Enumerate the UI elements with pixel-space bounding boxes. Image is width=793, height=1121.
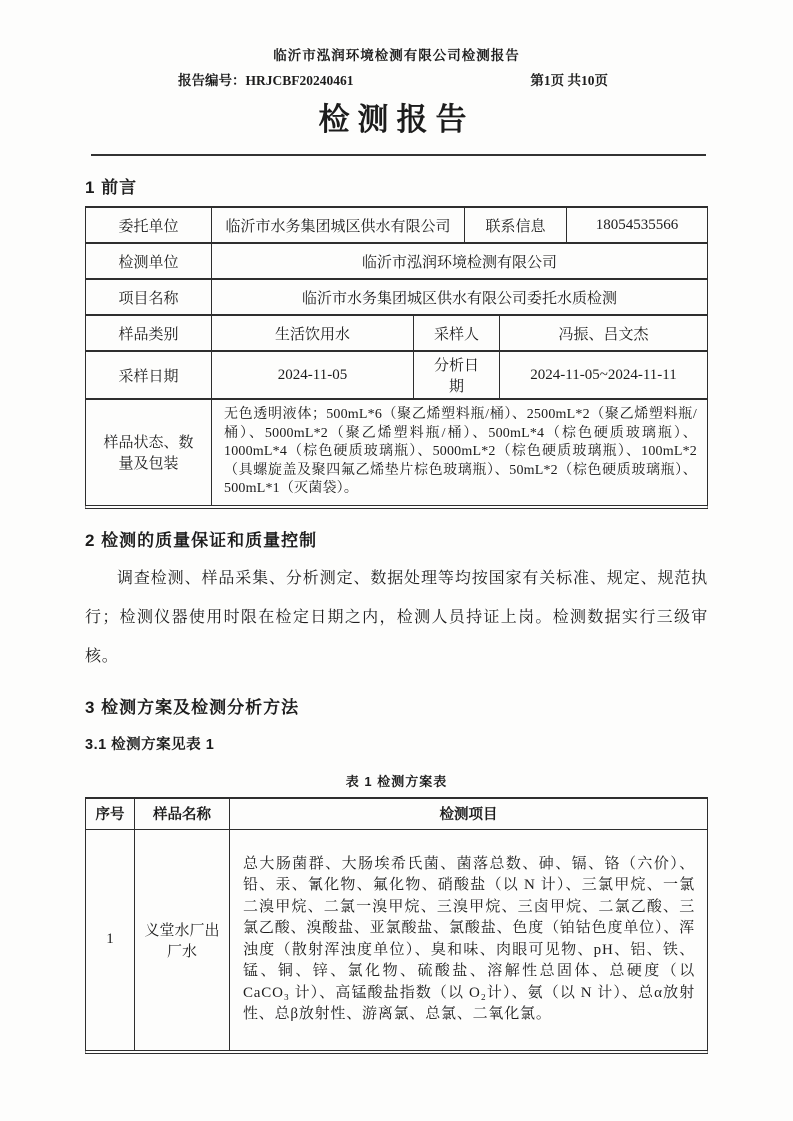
sample-type-value: 生活饮用水 <box>211 316 413 350</box>
report-page: 临沂市泓润环境检测有限公司检测报告 报告编号：HRJCBF20240461 第1… <box>0 0 793 1121</box>
sample-name-value: 义堂水厂出厂水 <box>134 830 229 1050</box>
section-1-heading: 1 前言 <box>85 173 708 198</box>
analysis-date-value: 2024-11-05~2024-11-11 <box>499 352 707 398</box>
qa-paragraph: 调查检测、样品采集、分析测定、数据处理等均按国家有关标准、规定、规范执行；检测仪… <box>85 559 708 676</box>
plan-table-caption: 表 1 检测方案表 <box>85 771 708 790</box>
title-divider <box>91 154 706 156</box>
section-3-1-heading: 3.1 检测方案见表 1 <box>85 733 708 754</box>
testing-org-label: 检测单位 <box>86 244 211 278</box>
table-row: 委托单位 临沂市水务集团城区供水有限公司 联系信息 18054535566 <box>86 208 707 244</box>
document-title: 检测报告 <box>85 94 708 139</box>
table-header-row: 序号 样品名称 检测项目 <box>86 799 707 830</box>
sample-type-label: 样品类别 <box>86 316 211 350</box>
report-meta-row: 报告编号：HRJCBF20240461 第1页 共10页 <box>85 64 708 89</box>
table-row: 采样日期 2024-11-05 分析日期 2024-11-05~2024-11-… <box>86 352 707 400</box>
test-plan-table: 序号 样品名称 检测项目 1 义堂水厂出厂水 总大肠菌群、大肠埃希氏菌、菌落总数… <box>85 797 708 1054</box>
seq-column-header: 序号 <box>86 799 134 829</box>
sample-info-table: 委托单位 临沂市水务集团城区供水有限公司 联系信息 18054535566 检测… <box>85 206 708 509</box>
project-name-value: 临沂市水务集团城区供水有限公司委托水质检测 <box>211 280 707 314</box>
table-row: 项目名称 临沂市水务集团城区供水有限公司委托水质检测 <box>86 280 707 316</box>
contact-value: 18054535566 <box>566 208 707 242</box>
section-3-heading: 3 检测方案及检测分析方法 <box>85 693 708 718</box>
test-items-value: 总大肠菌群、大肠埃希氏菌、菌落总数、砷、镉、铬（六价）、铅、汞、氰化物、氟化物、… <box>229 830 707 1050</box>
running-header: 临沂市泓润环境检测有限公司检测报告 <box>85 44 708 64</box>
table-row: 检测单位 临沂市泓润环境检测有限公司 <box>86 244 707 280</box>
section-2-heading: 2 检测的质量保证和质量控制 <box>85 526 708 551</box>
page-indicator: 第1页 共10页 <box>530 69 608 89</box>
table-row: 样品类别 生活饮用水 采样人 冯振、吕文杰 <box>86 316 707 352</box>
seq-value: 1 <box>86 830 134 1050</box>
sample-name-column-header: 样品名称 <box>134 799 229 829</box>
sample-state-value: 无色透明液体；500mL*6（聚乙烯塑料瓶/桶）、2500mL*2（聚乙烯塑料瓶… <box>211 400 707 505</box>
sampling-date-label: 采样日期 <box>86 352 211 398</box>
sample-state-label: 样品状态、数量及包装 <box>86 400 211 505</box>
testing-org-value: 临沂市泓润环境检测有限公司 <box>211 244 707 278</box>
project-name-label: 项目名称 <box>86 280 211 314</box>
test-items-column-header: 检测项目 <box>229 799 707 829</box>
client-value: 临沂市水务集团城区供水有限公司 <box>211 208 464 242</box>
analysis-date-label: 分析日期 <box>413 352 499 398</box>
sampler-label: 采样人 <box>413 316 499 350</box>
sampler-value: 冯振、吕文杰 <box>499 316 707 350</box>
table-row: 样品状态、数量及包装 无色透明液体；500mL*6（聚乙烯塑料瓶/桶）、2500… <box>86 400 707 505</box>
contact-label: 联系信息 <box>464 208 566 242</box>
table-row: 1 义堂水厂出厂水 总大肠菌群、大肠埃希氏菌、菌落总数、砷、镉、铬（六价）、铅、… <box>86 830 707 1050</box>
report-number: 报告编号：HRJCBF20240461 <box>178 69 354 89</box>
sampling-date-value: 2024-11-05 <box>211 352 413 398</box>
client-label: 委托单位 <box>86 208 211 242</box>
